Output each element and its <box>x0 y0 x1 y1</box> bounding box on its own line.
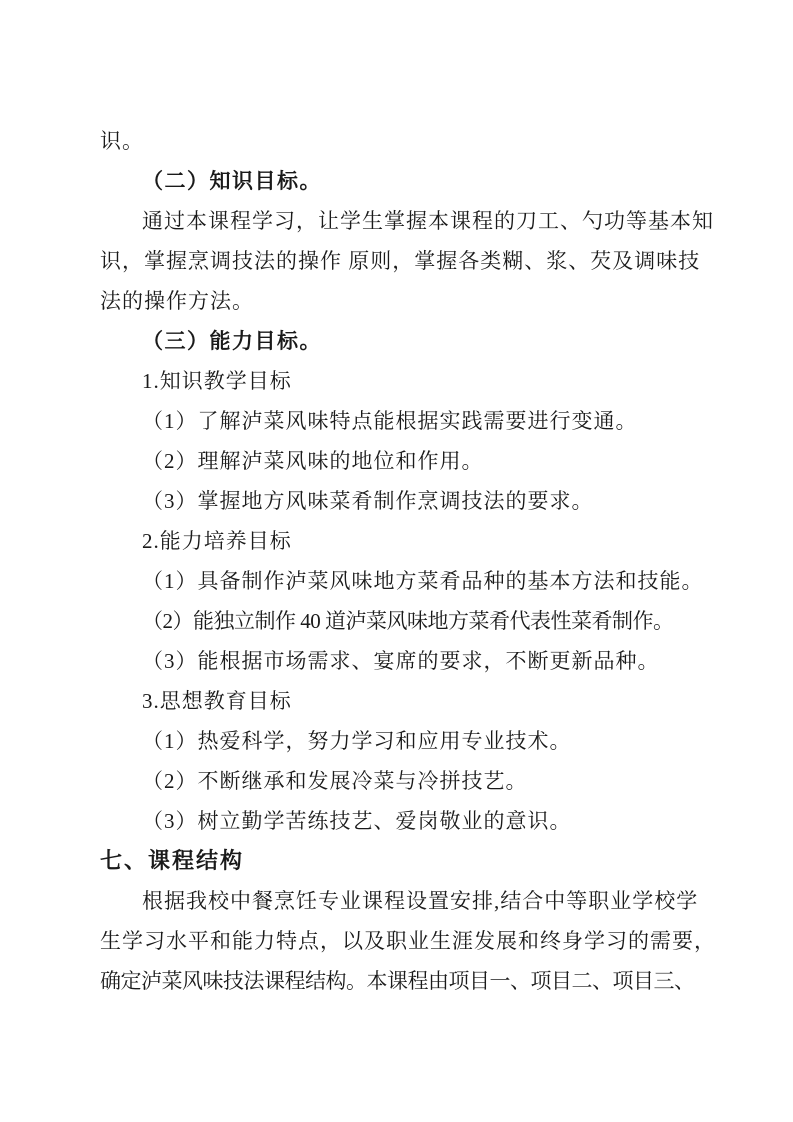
document-page: 识。（二）知识目标。通过本课程学习，让学生掌握本课程的刀工、勺功等基本知识，掌握… <box>0 0 793 1122</box>
body-text-line: （1）了解泸菜风味特点能根据实践需要进行变通。 <box>100 401 707 441</box>
body-text-line: （1）具备制作泸菜风味地方菜肴品种的基本方法和技能。 <box>100 561 707 601</box>
document-content: 识。（二）知识目标。通过本课程学习，让学生掌握本课程的刀工、勺功等基本知识，掌握… <box>0 0 793 1001</box>
body-text-line: 1.知识教学目标 <box>100 361 707 401</box>
subsection-heading: （二）知识目标。 <box>100 161 707 201</box>
body-text-line: 3.思想教育目标 <box>100 681 707 721</box>
body-text-line: （1）热爱科学，努力学习和应用专业技术。 <box>100 721 707 761</box>
body-text-line: 法的操作方法。 <box>100 281 707 321</box>
body-text-line: （2）理解泸菜风味的地位和作用。 <box>100 441 707 481</box>
body-text-line: 通过本课程学习，让学生掌握本课程的刀工、勺功等基本知 <box>100 201 707 241</box>
subsection-heading: （三）能力目标。 <box>100 321 707 361</box>
body-text-line: 识，掌握烹调技法的操作 原则，掌握各类糊、浆、芡及调味技 <box>100 241 707 281</box>
body-text-line: （2）不断继承和发展冷菜与冷拼技艺。 <box>100 761 707 801</box>
body-text-line: （3）能根据市场需求、宴席的要求，不断更新品种。 <box>100 641 707 681</box>
body-text-line: 识。 <box>100 121 707 161</box>
body-text-line: 2.能力培养目标 <box>100 521 707 561</box>
body-text-line: 生学习水平和能力特点，以及职业生涯发展和终身学习的需要， <box>100 921 707 961</box>
section-heading: 七、课程结构 <box>100 841 707 881</box>
body-text-line: （3）树立勤学苦练技艺、爱岗敬业的意识。 <box>100 801 707 841</box>
body-text-line: 确定泸菜风味技法课程结构。本课程由项目一、项目二、项目三、 <box>100 961 707 1001</box>
body-text-line: （2）能独立制作 40 道泸菜风味地方菜肴代表性菜肴制作。 <box>100 601 707 641</box>
body-text-line: （3）掌握地方风味菜肴制作烹调技法的要求。 <box>100 481 707 521</box>
body-text-line: 根据我校中餐烹饪专业课程设置安排,结合中等职业学校学 <box>100 881 707 921</box>
